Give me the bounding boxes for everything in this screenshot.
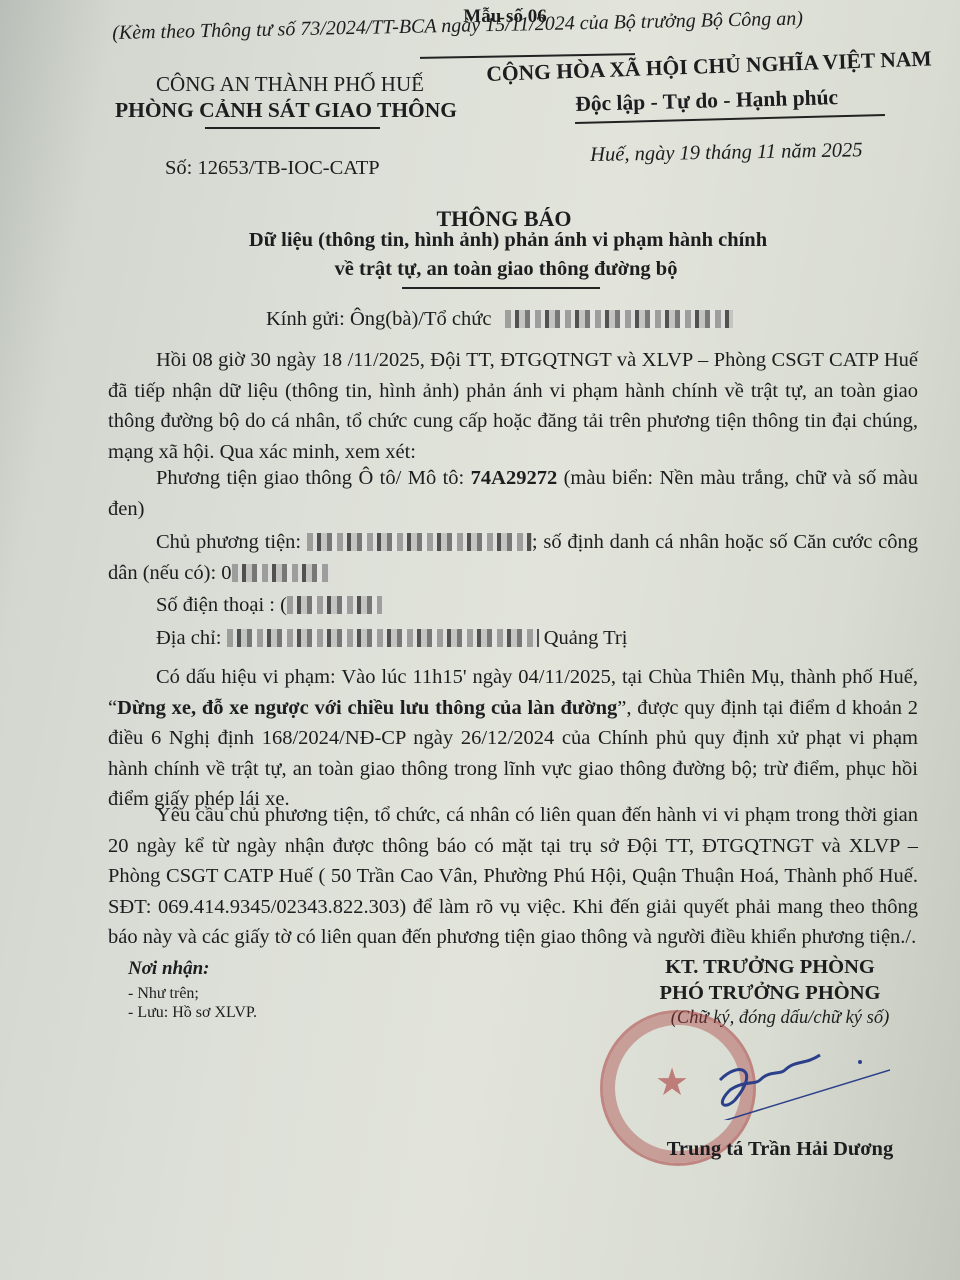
owner-paragraph: Chủ phương tiện: ; số định danh cá nhân … bbox=[108, 527, 918, 588]
recipient-line: Kính gửi: Ông(bà)/Tổ chức bbox=[266, 308, 733, 331]
agency-name: PHÒNG CẢNH SÁT GIAO THÔNG bbox=[96, 98, 476, 123]
notice-document: Mẫu số 06 (Kèm theo Thông tư số 73/2024/… bbox=[0, 0, 960, 1280]
recipient-item: - Lưu: Hồ sơ XLVP. bbox=[128, 1004, 257, 1022]
recipient-redacted bbox=[505, 310, 733, 328]
violation-paragraph: Có dấu hiệu vi phạm: Vào lúc 11h15' ngày… bbox=[108, 662, 918, 815]
country-name: CỘNG HÒA XÃ HỘI CHỦ NGHĨA VIỆT NAM bbox=[486, 46, 932, 87]
address-redacted bbox=[227, 629, 539, 647]
license-plate: 74A29272 bbox=[471, 467, 558, 489]
place-date: Huế, ngày 19 tháng 11 năm 2025 bbox=[590, 139, 863, 167]
address-line: Địa chỉ: Quảng Trị bbox=[108, 623, 918, 654]
phone-redacted bbox=[287, 596, 382, 614]
agency-underline bbox=[205, 127, 380, 129]
request-paragraph: Yêu cầu chủ phương tiện, tổ chức, cá nhâ… bbox=[108, 800, 918, 953]
id-number-redacted bbox=[232, 564, 332, 582]
intro-paragraph: Hồi 08 giờ 30 ngày 18 /11/2025, Đội TT, … bbox=[108, 345, 918, 467]
vehicle-paragraph: Phương tiện giao thông Ô tô/ Mô tô: 74A2… bbox=[108, 463, 918, 524]
agency-parent: CÔNG AN THÀNH PHỐ HUẾ bbox=[100, 72, 480, 97]
signer-name: Trung tá Trần Hải Dương bbox=[630, 1138, 930, 1161]
violation-description: Dừng xe, đỗ xe ngược với chiều lưu thông… bbox=[117, 697, 617, 719]
document-subtitle-2: về trật tự, an toàn giao thông đường bộ bbox=[0, 258, 960, 281]
phone-line: Số điện thoại : ( bbox=[108, 590, 918, 621]
recipient-item: - Như trên; bbox=[128, 985, 199, 1003]
signature-title-1: KT. TRƯỞNG PHÒNG bbox=[620, 956, 920, 979]
national-motto: Độc lập - Tự do - Hạnh phúc bbox=[575, 85, 838, 117]
recipients-heading: Nơi nhận: bbox=[128, 958, 209, 980]
document-number: Số: 12653/TB-IOC-CATP bbox=[165, 157, 380, 180]
owner-name-redacted bbox=[307, 533, 532, 551]
signature-title-2: PHÓ TRƯỞNG PHÒNG bbox=[620, 982, 920, 1005]
handwritten-signature bbox=[680, 1040, 900, 1120]
title-underline bbox=[402, 287, 600, 289]
document-subtitle-1: Dữ liệu (thông tin, hình ảnh) phản ánh v… bbox=[0, 229, 960, 252]
recipient-label: Kính gửi: Ông(bà)/Tổ chức bbox=[266, 308, 491, 330]
